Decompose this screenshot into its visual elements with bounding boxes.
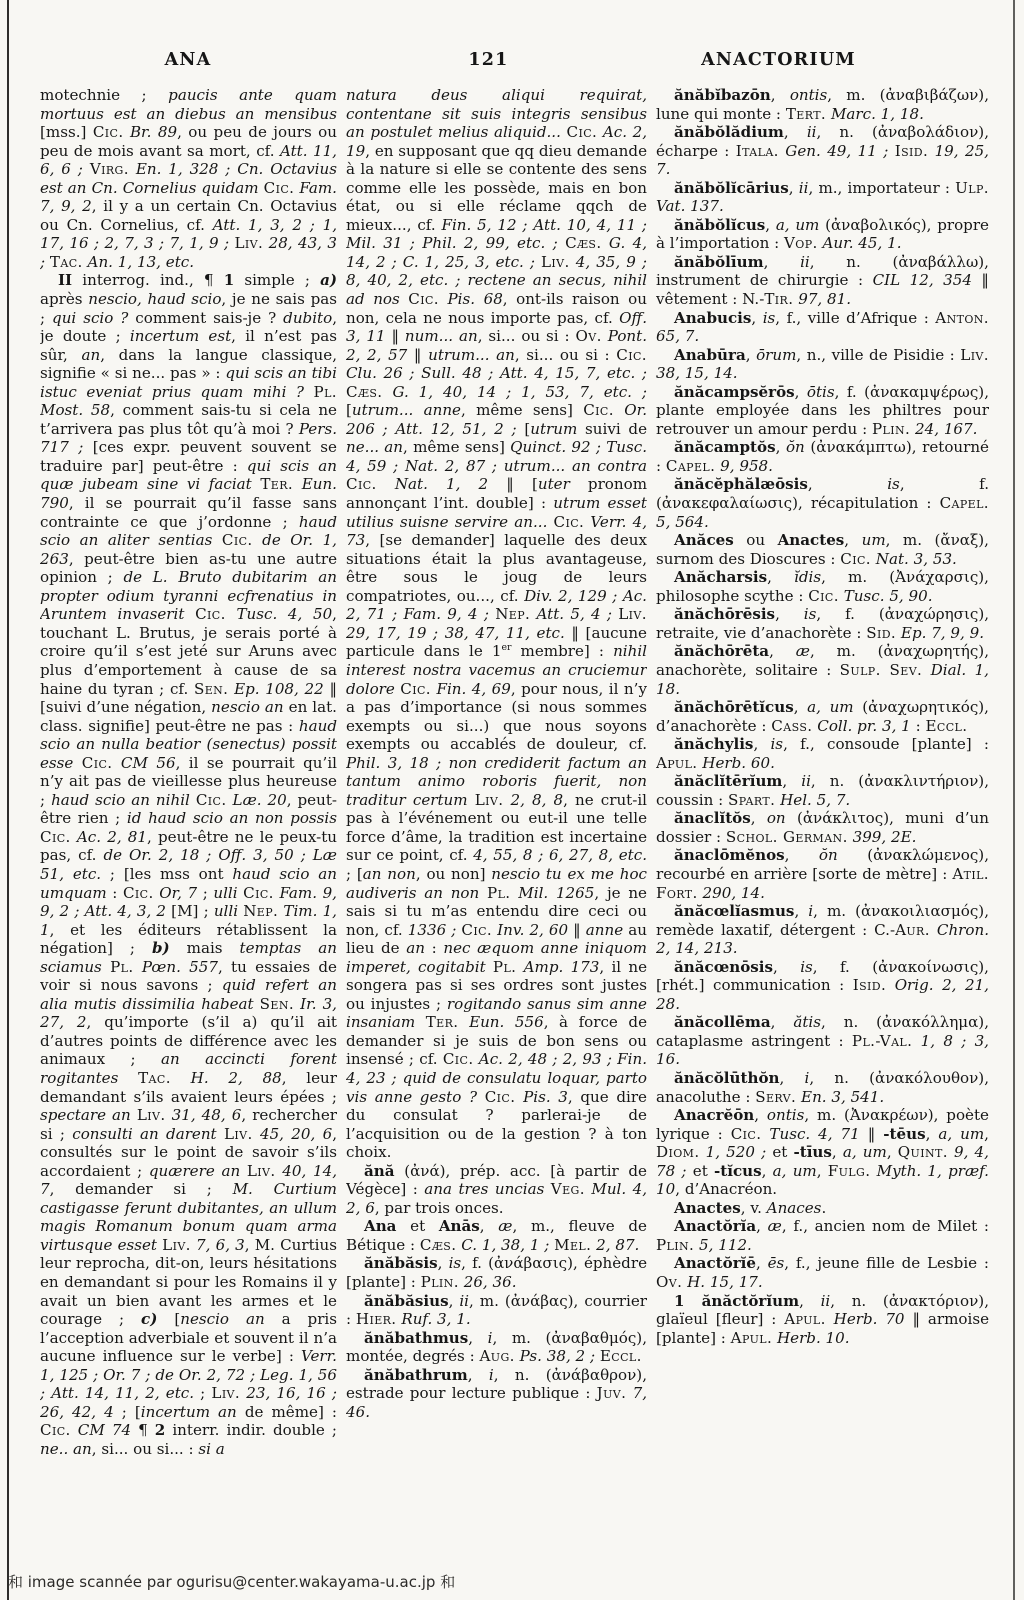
entry-paragraph: Anactes, v. Anaces. [656, 1199, 989, 1218]
running-header: ANA 121 ANACTORIUM [40, 50, 986, 70]
entry-paragraph: ănăbŏlĭcārius, ii, m., importateur : Ulp… [656, 179, 989, 216]
header-page-number: 121 [336, 50, 641, 70]
entry-paragraph: 1 ănăctŏrĭum, ii, n. (ἀνακτόριον), glaïe… [656, 1292, 989, 1348]
entry-paragraph: ănăcamptŏs, ŏn (ἀνακάμπτω), retourné : C… [656, 438, 989, 475]
entry-paragraph: natura deus aliqui requirat, contentane … [346, 86, 647, 1162]
entry-paragraph: ănăcŏlūthŏn, i, n. (ἀνακόλουθον), anacol… [656, 1069, 989, 1106]
entry-paragraph: ănăcampsĕrōs, ōtis, f. (ἀνακαμψέρως), pl… [656, 383, 989, 439]
column-1: motechnie ; paucis ante quam mortuus est… [40, 86, 337, 1552]
entry-paragraph: ănă (ἀνά), prép. acc. [à partir de Végèc… [346, 1162, 647, 1218]
entry-paragraph: ănăcĕphălæōsis, is, f. (ἀνακεφαλαίωσις),… [656, 475, 989, 531]
right-page-border [1013, 0, 1015, 1600]
entry-paragraph: ănăbăsius, ii, m. (ἀνάβας), courrier : H… [346, 1292, 647, 1329]
entry-paragraph: ănăbathrum, i, n. (ἀνάβαθρον), estrade p… [346, 1366, 647, 1422]
entry-paragraph: ănăbŏlădium, ii, n. (ἀναβολάδιον), échar… [656, 123, 989, 179]
entry-paragraph: Ana et Anās, æ, m., fleuve de Bétique : … [346, 1217, 647, 1254]
column-2: natura deus aliqui requirat, contentane … [346, 86, 647, 1552]
text-columns: motechnie ; paucis ante quam mortuus est… [40, 86, 990, 1552]
dictionary-page: ANA 121 ANACTORIUM motechnie ; paucis an… [0, 0, 1024, 1600]
entry-paragraph: ănăbŏlīum, ii, n. (ἀναβάλλω), instrument… [656, 253, 989, 309]
entry-paragraph: Anactŏrĭē, ēs, f., jeune fille de Lesbie… [656, 1254, 989, 1291]
entry-paragraph: Anabūra, ōrum, n., ville de Pisidie : Li… [656, 346, 989, 383]
entry-paragraph: ănăchōrētĭcus, a, um (ἀναχωρητικός), d’a… [656, 698, 989, 735]
entry-paragraph: ănăbăsis, is, f. (ἀνάβασις), éphèdre [pl… [346, 1254, 647, 1291]
entry-paragraph: ănăbŏlĭcus, a, um (ἀναβολικός), propre à… [656, 216, 989, 253]
scan-credit: 和 image scannée par ogurisu@center.wakay… [8, 1571, 455, 1592]
entry-paragraph: ănăchōrēsis, is, f. (ἀναχώρησις), retrai… [656, 605, 989, 642]
entry-paragraph: ănăclĭtērĭum, ii, n. (ἀνακλιντήριον), co… [656, 772, 989, 809]
entry-paragraph: ănăchōrēta, æ, m. (ἀναχωρητής), anachorè… [656, 642, 989, 698]
entry-paragraph: Anabucis, is, f., ville d’Afrique : Anto… [656, 309, 989, 346]
entry-paragraph: II interrog. ind., ¶ 1 simple ; a) après… [40, 271, 337, 1458]
entry-paragraph: ănaclĭtŏs, on (ἀνάκλιτος), muni d’un dos… [656, 809, 989, 846]
entry-paragraph: Anacrĕōn, ontis, m. (Ἀνακρέων), poète ly… [656, 1106, 989, 1199]
entry-paragraph: ănăcœlĭasmus, i, m. (ἀνακοιλιασμός), rem… [656, 902, 989, 958]
column-3: ănăbĭbazōn, ontis, m. (ἀναβιβάζων), lune… [656, 86, 989, 1552]
entry-paragraph: ănaclōmĕnos, ŏn (ἀνακλώμενος), recourbé … [656, 846, 989, 902]
header-guide-word-right: ANACTORIUM [641, 50, 971, 70]
entry-paragraph: ănăbĭbazōn, ontis, m. (ἀναβιβάζων), lune… [656, 86, 989, 123]
header-guide-word-left: ANA [40, 50, 336, 70]
entry-paragraph: ănăcollēma, ătis, n. (ἀνακόλλημα), catap… [656, 1013, 989, 1069]
entry-paragraph: motechnie ; paucis ante quam mortuus est… [40, 86, 337, 271]
entry-paragraph: ănăchylis, is, f., consoude [plante] : A… [656, 735, 989, 772]
entry-paragraph: ănăbathmus, i, m. (ἀναβαθμός), montée, d… [346, 1329, 647, 1366]
entry-paragraph: Anăces ou Anactes, um, m. (ἄναξ), surnom… [656, 531, 989, 568]
entry-paragraph: Anăcharsis, ĭdis, m. (Ἀνάχαρσις), philos… [656, 568, 989, 605]
entry-paragraph: Anactŏrĭa, æ, f., ancien nom de Milet : … [656, 1217, 989, 1254]
entry-paragraph: ănăcœnōsis, is, f. (ἀνακοίνωσις), [rhét.… [656, 958, 989, 1014]
left-page-border [7, 0, 9, 1600]
